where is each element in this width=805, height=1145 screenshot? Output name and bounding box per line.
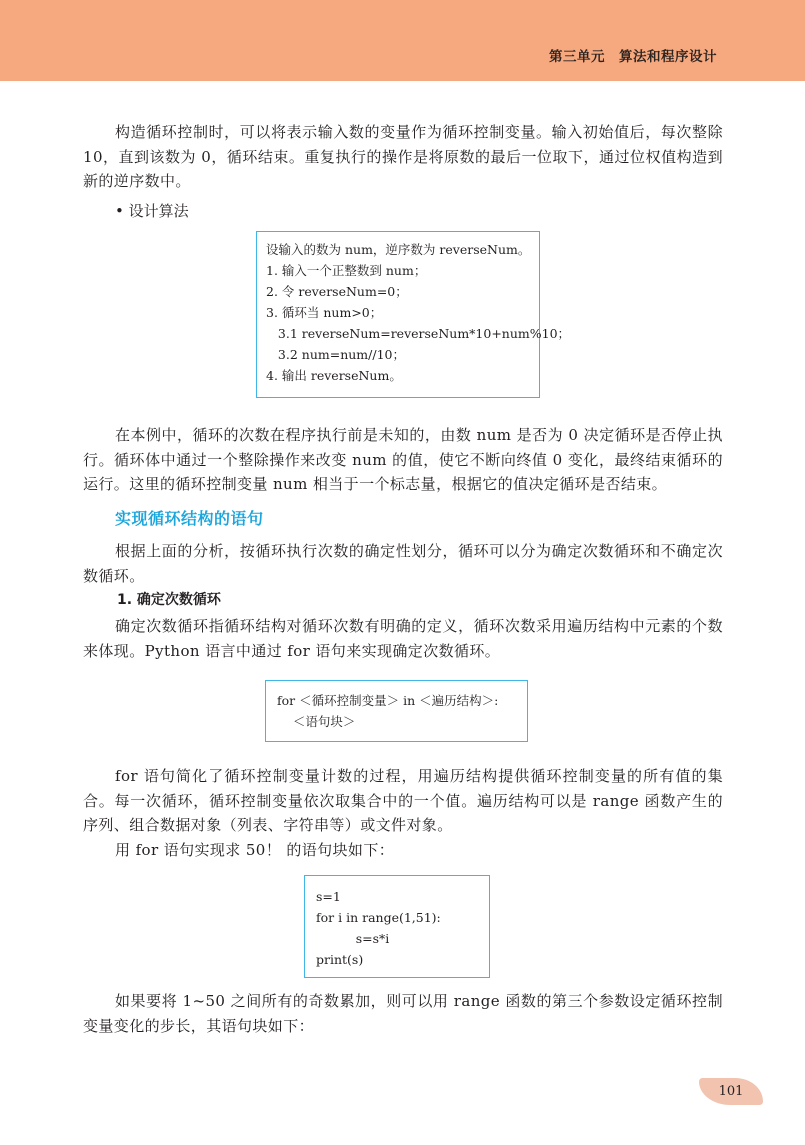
code-line: s=1 xyxy=(316,886,489,907)
subsection-title: 1. 确定次数循环 xyxy=(117,589,221,609)
code-line: for i in range(1,51): xyxy=(316,907,489,928)
page-number-badge: 101 xyxy=(699,1078,763,1105)
code-line: s=s*i xyxy=(316,928,489,949)
paragraph-odd-sum-intro: 如果要将 1~50 之间所有的奇数累加，则可以用 range 函数的第三个参数设… xyxy=(83,989,723,1038)
for-syntax-box: for ＜循环控制变量＞ in ＜遍历结构＞: ＜语句块＞ xyxy=(265,680,528,742)
chapter-title: 第三单元 算法和程序设计 xyxy=(549,45,717,65)
algorithm-line: 3. 循环当 num>0； xyxy=(266,302,539,323)
paragraph-definite-loop: 确定次数循环指循环结构对循环次数有明确的定义，循环次数采用遍历结构中元素的个数来… xyxy=(83,614,723,663)
page-number: 101 xyxy=(699,1078,763,1105)
paragraph-for-statement: for 语句简化了循环控制变量计数的过程，用遍历结构提供循环控制变量的所有值的集… xyxy=(83,764,723,838)
syntax-line: ＜语句块＞ xyxy=(277,711,527,732)
factorial-code-box: s=1 for i in range(1,51): s=s*i print(s) xyxy=(304,875,490,978)
paragraph-loop-classification: 根据上面的分析，按循环执行次数的确定性划分，循环可以分为确定次数循环和不确定次数… xyxy=(83,539,723,588)
algorithm-line: 1. 输入一个正整数到 num； xyxy=(266,260,539,281)
chapter-header-band: 第三单元 算法和程序设计 xyxy=(0,0,805,81)
algorithm-line: 4. 输出 reverseNum。 xyxy=(266,365,539,386)
paragraph-factorial-intro: 用 for 语句实现求 50！ 的语句块如下： xyxy=(83,838,723,863)
algorithm-box: 设输入的数为 num，逆序数为 reverseNum。 1. 输入一个正整数到 … xyxy=(256,231,540,398)
code-line: print(s) xyxy=(316,949,489,970)
syntax-line: for ＜循环控制变量＞ in ＜遍历结构＞: xyxy=(277,690,527,711)
paragraph-loop-analysis: 在本例中，循环的次数在程序执行前是未知的，由数 num 是否为 0 决定循环是否… xyxy=(83,423,723,497)
section-title: 实现循环结构的语句 xyxy=(115,506,264,529)
algorithm-line: 3.1 reverseNum=reverseNum*10+num%10； xyxy=(266,323,539,344)
algorithm-line: 2. 令 reverseNum=0； xyxy=(266,281,539,302)
algorithm-line: 3.2 num=num//10； xyxy=(266,344,539,365)
algorithm-line: 设输入的数为 num，逆序数为 reverseNum。 xyxy=(266,239,539,260)
paragraph-loop-control-intro: 构造循环控制时，可以将表示输入数的变量作为循环控制变量。输入初始值后，每次整除 … xyxy=(83,120,723,194)
bullet-design-algorithm: • 设计算法 xyxy=(115,199,189,223)
